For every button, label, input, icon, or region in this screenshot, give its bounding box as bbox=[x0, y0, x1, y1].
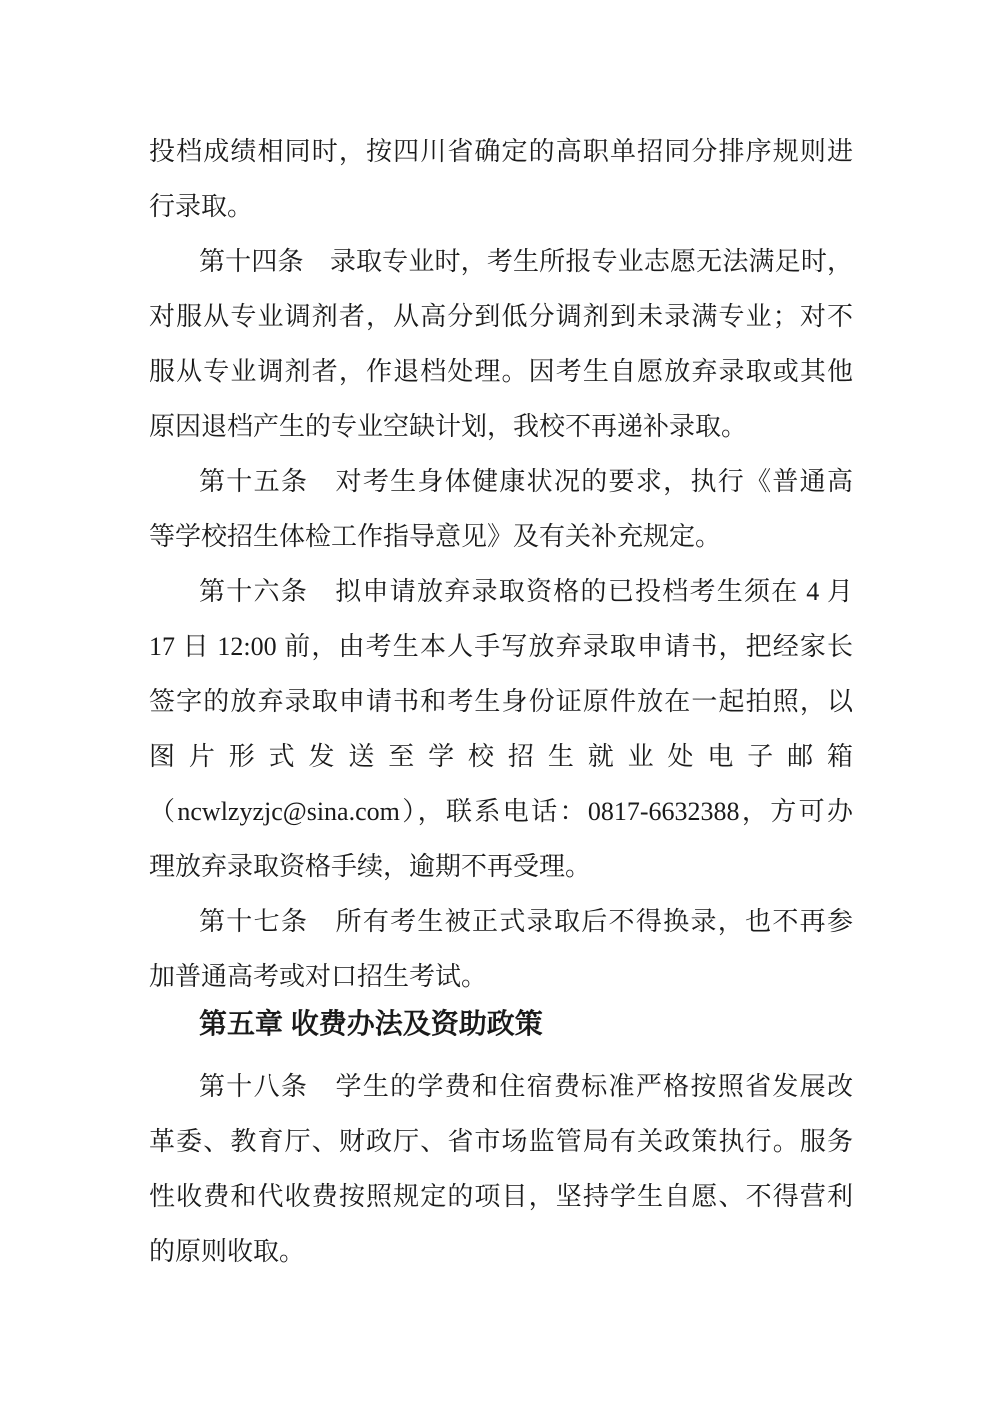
text-line: 第十四条 录取专业时，考生所报专业志愿无法满足时， bbox=[149, 234, 853, 289]
text-line: 对服从专业调剂者，从高分到低分调剂到未录满专业；对不 bbox=[149, 289, 853, 344]
text-line: 图片形式发送至学校招生就业处电子邮箱 bbox=[149, 729, 853, 784]
text-line: 服从专业调剂者，作退档处理。因考生自愿放弃录取或其他 bbox=[149, 344, 853, 399]
text-line: 理放弃录取资格手续，逾期不再受理。 bbox=[149, 839, 853, 894]
chapter-heading: 第五章 收费办法及资助政策 bbox=[149, 996, 853, 1051]
text-line: 第十八条 学生的学费和住宿费标准严格按照省发展改 bbox=[149, 1059, 853, 1114]
text-line: 第十六条 拟申请放弃录取资格的已投档考生须在 4 月 bbox=[149, 564, 853, 619]
text-line: 签字的放弃录取申请书和考生身份证原件放在一起拍照，以 bbox=[149, 674, 853, 729]
text-line: 革委、教育厅、财政厅、省市场监管局有关政策执行。服务 bbox=[149, 1114, 853, 1169]
text-line: 行录取。 bbox=[149, 179, 853, 234]
text-line: 性收费和代收费按照规定的项目，坚持学生自愿、不得营利 bbox=[149, 1169, 853, 1224]
text-line: 原因退档产生的专业空缺计划，我校不再递补录取。 bbox=[149, 399, 853, 454]
text-line: 等学校招生体检工作指导意见》及有关补充规定。 bbox=[149, 509, 853, 564]
text-line: 第十七条 所有考生被正式录取后不得换录，也不再参 bbox=[149, 894, 853, 949]
text-line: 投档成绩相同时，按四川省确定的高职单招同分排序规则进 bbox=[149, 124, 853, 179]
text-line: （ncwlzyzjc@sina.com），联系电话：0817-6632388，方… bbox=[149, 784, 853, 839]
text-line: 的原则收取。 bbox=[149, 1224, 853, 1279]
document-page: 投档成绩相同时，按四川省确定的高职单招同分排序规则进 行录取。 第十四条 录取专… bbox=[149, 124, 853, 1279]
text-line: 17 日 12:00 前，由考生本人手写放弃录取申请书，把经家长 bbox=[149, 619, 853, 674]
text-line: 第十五条 对考生身体健康状况的要求，执行《普通高 bbox=[149, 454, 853, 509]
